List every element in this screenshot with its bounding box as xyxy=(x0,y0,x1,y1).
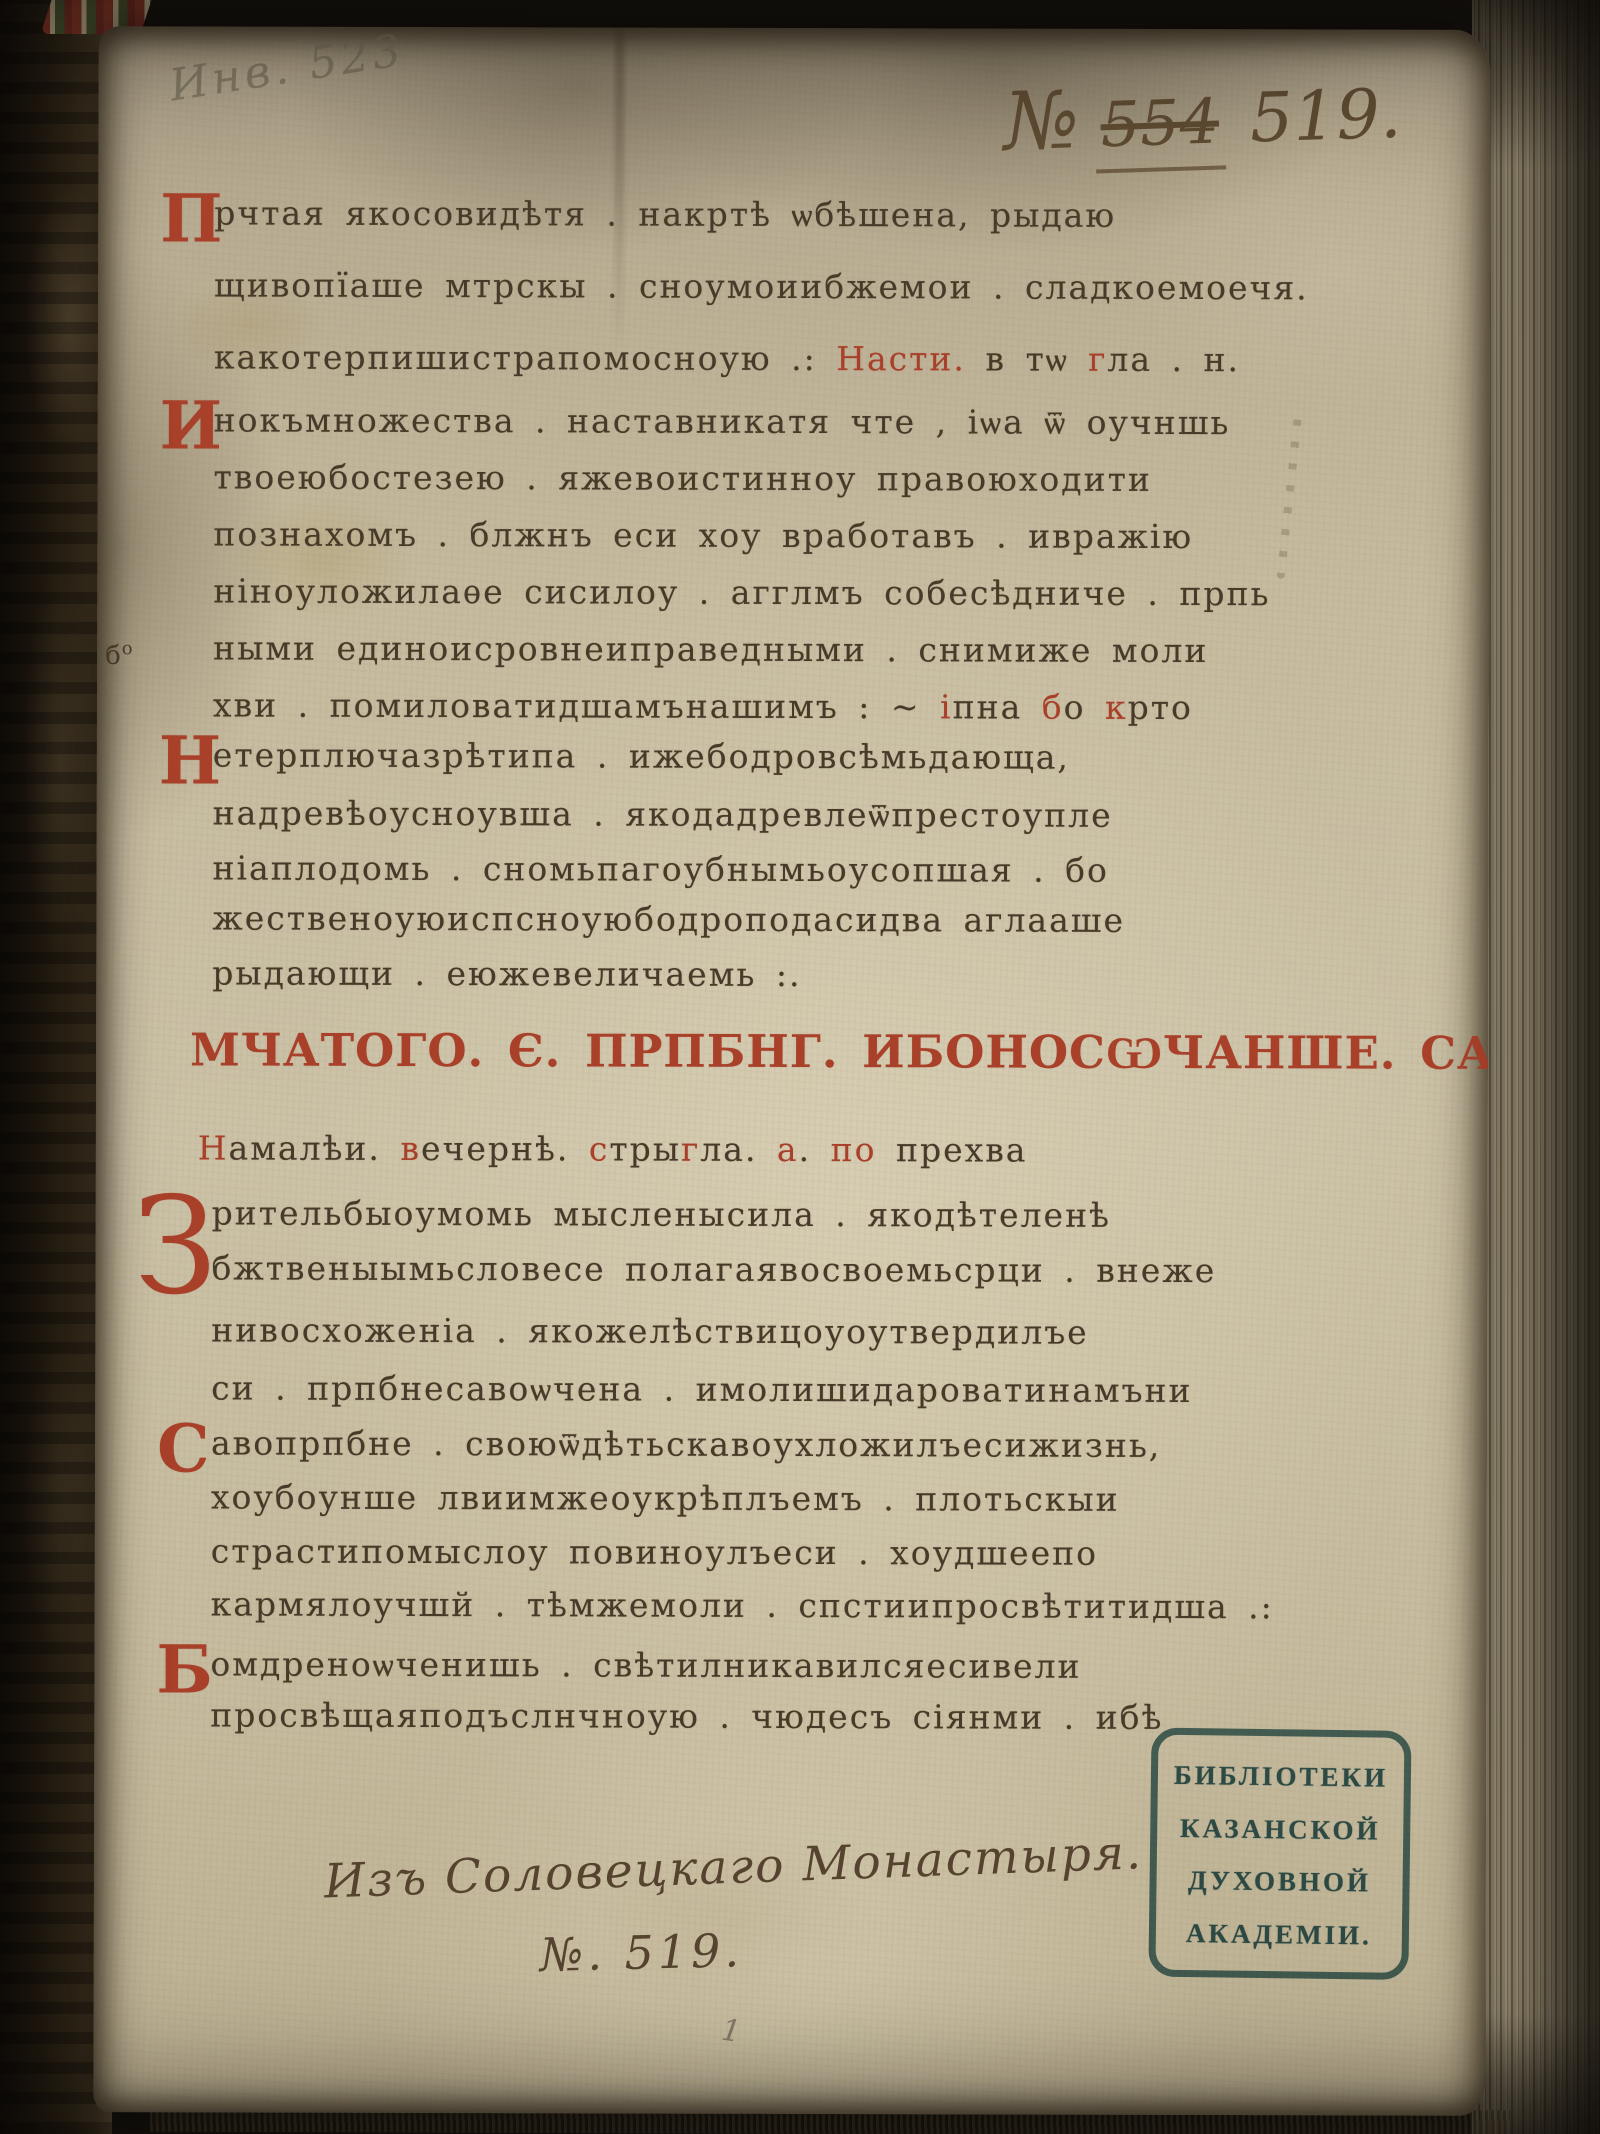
manuscript-line-4: Инокъмножества . наставникатя чте , іѡа … xyxy=(214,400,1231,442)
body-text: прехва xyxy=(876,1130,1027,1169)
manuscript-line-3: какотерпишистрапомосноую .: Насти. в тѡ … xyxy=(214,337,1240,379)
manuscript-line-11: надревѣоусноувша . якодадревлеѿпрестоупл… xyxy=(213,793,1113,835)
illuminated-initial: С xyxy=(157,1415,212,1481)
parchment-page: Инв. 523 № 554 519. бо Прчтая якосовидѣт… xyxy=(93,26,1490,2116)
body-text: познахомъ . блжнъ еси хоу вработавъ . ив… xyxy=(213,514,1193,556)
body-text: ечернѣ. xyxy=(421,1129,589,1168)
body-text: жественоуюиспсноуюбодроподасидва аглааше xyxy=(212,898,1125,939)
manuscript-line-1: Прчтая якосовидѣтя . накртѣ ѡбѣшена, рыд… xyxy=(214,193,1116,235)
manuscript-line-13: жественоуюиспсноуюбодроподасидва аглааше xyxy=(212,898,1125,940)
manuscript-line-7: ніноуложилаѳе сисилоу . агглмъ собесѣдни… xyxy=(213,571,1270,613)
body-text: ла. xyxy=(700,1130,777,1169)
illuminated-initial: З xyxy=(133,1179,219,1313)
illuminated-initial: Н xyxy=(159,727,224,793)
body-text: си . прпбнесавоѡчена . имолишидароватина… xyxy=(211,1368,1193,1410)
rubric-text: г xyxy=(681,1130,700,1169)
rubric-text: Насти. xyxy=(836,339,966,378)
body-text: надревѣоусноувша . якодадревлеѿпрестоупл… xyxy=(213,793,1113,834)
manuscript-line-23: страстипомыслоу повиноулъеси . хоудшеепо xyxy=(211,1531,1098,1573)
rubric-text: в xyxy=(400,1129,421,1168)
rubric-text: і xyxy=(940,687,953,726)
manuscript-line-10: Нетерплючазрѣтипа . ижебодровсѣмьдающа, xyxy=(213,735,1070,777)
body-text: бжтвеныымьсловесе полагаявосвоемьсрци . … xyxy=(211,1248,1216,1290)
rubric-text: с xyxy=(589,1129,610,1168)
manuscript-photo: Инв. 523 № 554 519. бо Прчтая якосовидѣт… xyxy=(0,0,1600,2134)
body-text: хви . помиловатидшамънашимъ : ~ xyxy=(213,685,940,726)
manuscript-line-2: щивопїаше мтрскы . сноумоиибжемои . слад… xyxy=(214,265,1309,307)
manuscript-line-19: нивосхоженіа . якожелѣствицоуоутвердилъе xyxy=(211,1310,1089,1352)
stamp-line: АКАДЕМІИ. xyxy=(1160,1907,1399,1963)
page-block-fore-edge xyxy=(1472,0,1600,2134)
stamp-line: БИБЛІОТЕКИ xyxy=(1162,1749,1401,1805)
body-text: ніаплодомь . сномьпагоубнымьоусопшая . б… xyxy=(212,848,1108,889)
body-text: . xyxy=(799,1130,831,1169)
body-text: етерплючазрѣтипа . ижебодровсѣмьдающа, xyxy=(213,735,1070,776)
manuscript-line-15: МЧАТОГО. Є. ПРПБНГ. ИБОНОСѠЧАНШЕ. САВЫ. xyxy=(190,1023,1491,1081)
stamp-line: ДУХОВНОЙ xyxy=(1160,1854,1399,1910)
body-text: твоеюбостезею . яжевоистинноу правоюходи… xyxy=(214,457,1152,498)
body-text: ными единоисровнеиправедными . снимиже м… xyxy=(213,628,1208,670)
rubric-text: по xyxy=(831,1130,877,1169)
stamp-line: КАЗАНСКОЙ xyxy=(1161,1801,1400,1857)
illuminated-initial: Б xyxy=(156,1636,215,1702)
body-text: тры xyxy=(609,1130,681,1169)
manuscript-line-21: Савопрпбне . своюѿдѣтьскавоухложилъесижи… xyxy=(211,1423,1161,1465)
body-text: страстипомыслоу повиноулъеси . хоудшеепо xyxy=(211,1531,1098,1572)
body-text: авопрпбне . своюѿдѣтьскавоухложилъесижиз… xyxy=(211,1423,1161,1464)
rubric-text: к xyxy=(1105,688,1128,727)
manuscript-line-25: Бомдреноѡченишь . свѣтилникавилсяесивели xyxy=(210,1644,1081,1686)
manuscript-line-9: хви . помиловатидшамънашимъ : ~ іпна бо … xyxy=(213,685,1193,727)
rubric-text: а xyxy=(777,1130,799,1169)
manuscript-line-12: ніаплодомь . сномьпагоубнымьоусопшая . б… xyxy=(212,848,1108,890)
manuscript-line-20: си . прпбнесавоѡчена . имолишидароватина… xyxy=(211,1368,1193,1410)
illuminated-initial: П xyxy=(160,185,225,251)
body-text: ла . н. xyxy=(1107,340,1240,379)
provenance-number: №. 519. xyxy=(539,1923,743,1982)
body-text: нивосхоженіа . якожелѣствицоуоутвердилъе xyxy=(211,1310,1089,1351)
library-stamp: БИБЛІОТЕКИ КАЗАНСКОЙ ДУХОВНОЙ АКАДЕМІИ. xyxy=(1148,1728,1411,1980)
rubric-text: б xyxy=(1042,688,1064,727)
manuscript-line-5: твоеюбостезею . яжевоистинноу правоюходи… xyxy=(214,457,1152,499)
body-text: просвѣщаяподъслнчноую . чюдесъ сіянми . … xyxy=(210,1695,1163,1736)
manuscript-line-8: ными единоисровнеиправедными . снимиже м… xyxy=(213,628,1208,670)
rubric-text: МЧАТОГО. Є. ПРПБНГ. ИБОНОСѠЧАНШЕ. САВЫ. xyxy=(190,1023,1491,1080)
body-text: хоубоунше лвиимжеоукрѣплъемъ . плотьскыи xyxy=(211,1477,1120,1518)
manuscript-line-18: бжтвеныымьсловесе полагаявосвоемьсрци . … xyxy=(211,1248,1216,1290)
manuscript-line-17: Зрительбыоумомь мысленысила . якодѣтелен… xyxy=(212,1193,1111,1235)
body-text: омдреноѡченишь . свѣтилникавилсяесивели xyxy=(210,1644,1081,1685)
body-text: какотерпишистрапомосноую .: xyxy=(214,337,836,378)
manuscript-line-16: Намалѣи. вечернѣ. стрыгла. а. по прехва xyxy=(198,1128,1028,1170)
body-text: щивопїаше мтрскы . сноумоиибжемои . слад… xyxy=(214,265,1309,307)
body-text: ніноуложилаѳе сисилоу . агглмъ собесѣдни… xyxy=(213,571,1270,613)
body-text: в тѡ xyxy=(966,339,1088,378)
manuscript-line-14: рыдающи . еюжевеличаемь :. xyxy=(212,953,801,994)
rubric-text: г xyxy=(1088,340,1107,379)
manuscript-line-22: хоубоунше лвиимжеоукрѣплъемъ . плотьскыи xyxy=(211,1477,1120,1519)
body-text: пна xyxy=(953,687,1042,726)
body-text: рто xyxy=(1128,688,1193,727)
manuscript-line-26: просвѣщаяподъслнчноую . чюдесъ сіянми . … xyxy=(210,1695,1163,1737)
body-text: кармялоучшй . тѣмжемоли . спстиипросвѣти… xyxy=(211,1584,1274,1626)
body-text: о xyxy=(1064,688,1105,727)
body-text: рчтая якосовидѣтя . накртѣ ѡбѣшена, рыда… xyxy=(214,193,1116,234)
body-text: рыдающи . еюжевеличаемь :. xyxy=(212,953,801,994)
illuminated-initial: И xyxy=(160,392,225,458)
manuscript-line-6: познахомъ . блжнъ еси хоу вработавъ . ив… xyxy=(213,514,1193,556)
body-text: нокъмножества . наставникатя чте , іѡа ѿ… xyxy=(214,400,1231,442)
manuscript-line-24: кармялоучшй . тѣмжемоли . спстиипросвѣти… xyxy=(211,1584,1274,1626)
body-text: рительбыоумомь мысленысила . якодѣтеленѣ xyxy=(212,1193,1111,1234)
body-text: амалѣи. xyxy=(229,1129,401,1168)
rubric-text: Н xyxy=(198,1128,229,1167)
